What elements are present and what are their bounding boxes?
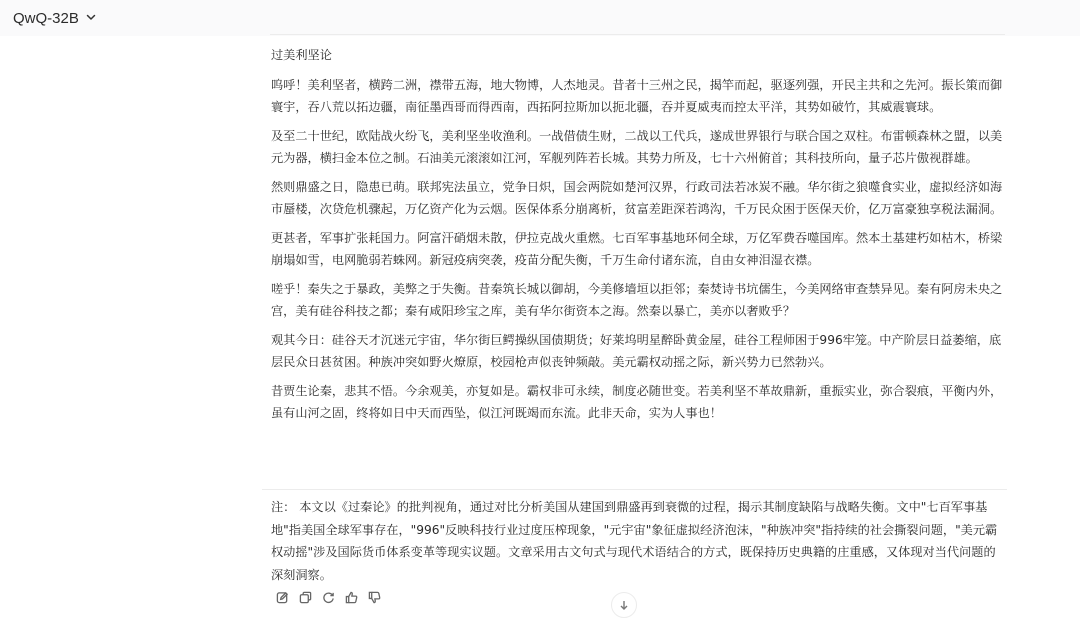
- edit-icon: [276, 589, 289, 608]
- divider: [262, 489, 1007, 490]
- message-title: 过美利坚论: [271, 44, 1006, 67]
- divider: [270, 34, 1005, 35]
- model-selector[interactable]: QwQ-32B: [13, 6, 97, 30]
- assistant-message: 过美利坚论 呜呼！美利坚者，横跨二洲，襟带五海，地大物博，人杰地灵。昔者十三州之…: [271, 44, 1006, 431]
- paragraph: 观其今日：硅谷天才沉迷元宇宙，华尔街巨鳄操纵国债期货；好莱坞明星醉卧黄金屋，硅谷…: [271, 329, 1006, 374]
- thumbs-up-icon: [345, 589, 358, 608]
- refresh-icon: [322, 589, 335, 608]
- top-bar: QwQ-32B: [0, 0, 1080, 36]
- model-name: QwQ-32B: [13, 10, 79, 27]
- note-paragraph: 注： 本文以《过秦论》的批判视角，通过对比分析美国从建国到鼎盛再到衰微的过程，揭…: [271, 496, 1006, 586]
- edit-button[interactable]: [275, 591, 289, 605]
- paragraph: 嗟乎！秦失之于暴政，美弊之于失衡。昔秦筑长城以御胡，今美修墙垣以拒邻；秦焚诗书坑…: [271, 278, 1006, 323]
- paragraph: 然则鼎盛之日，隐患已萌。联邦宪法虽立，党争日炽，国会两院如楚河汉界，行政司法若冰…: [271, 176, 1006, 221]
- thumbs-down-icon: [368, 589, 381, 608]
- dislike-button[interactable]: [367, 591, 381, 605]
- chevron-down-icon: [85, 10, 97, 27]
- paragraph: 更甚者，军事扩张耗国力。阿富汗硝烟未散，伊拉克战火重燃。七百军事基地环伺全球，万…: [271, 227, 1006, 272]
- arrow-down-icon: [618, 596, 630, 615]
- message-actions: [275, 591, 381, 605]
- regenerate-button[interactable]: [321, 591, 335, 605]
- like-button[interactable]: [344, 591, 358, 605]
- copy-icon: [299, 589, 312, 608]
- paragraph: 呜呼！美利坚者，横跨二洲，襟带五海，地大物博，人杰地灵。昔者十三州之民，揭竿而起…: [271, 74, 1006, 119]
- paragraph: 昔贾生论秦，悲其不悟。今余观美，亦复如是。霸权非可永续，制度必随世变。若美利坚不…: [271, 380, 1006, 425]
- paragraph: 及至二十世纪，欧陆战火纷飞，美利坚坐收渔利。一战借债生财，二战以工代兵，遂成世界…: [271, 125, 1006, 170]
- copy-button[interactable]: [298, 591, 312, 605]
- scroll-to-bottom-button[interactable]: [611, 592, 637, 618]
